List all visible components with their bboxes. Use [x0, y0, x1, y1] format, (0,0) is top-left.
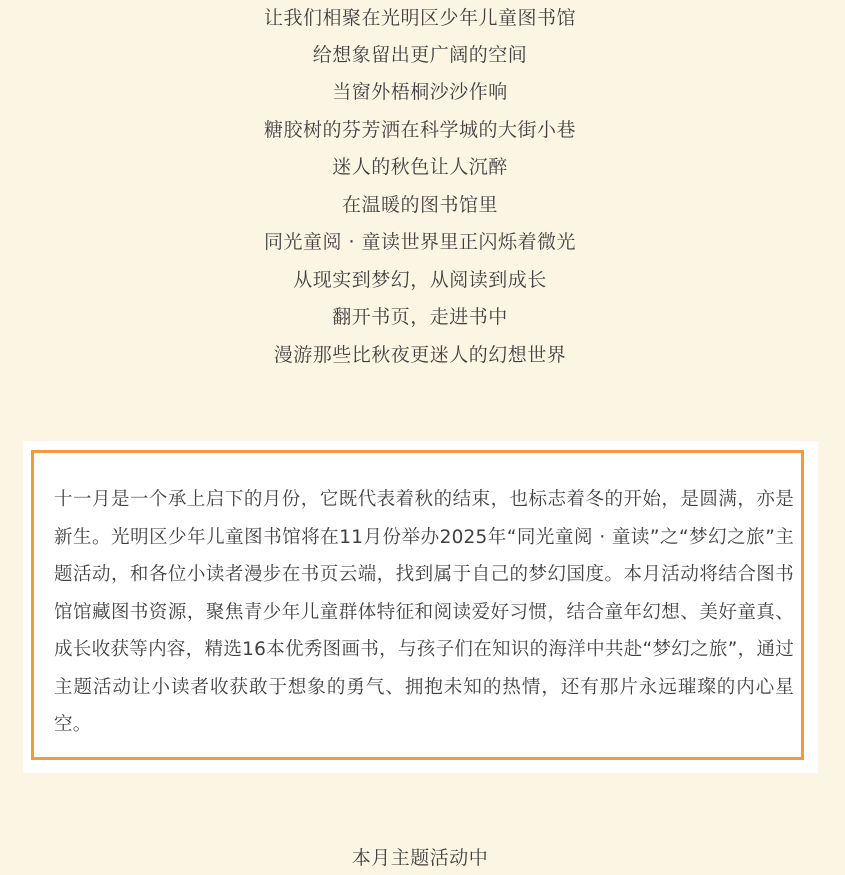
poem-line: 让我们相聚在光明区少年儿童图书馆 — [0, 6, 840, 30]
poem-line: 迷人的秋色让人沉醉 — [0, 155, 840, 179]
poem-line: 从现实到梦幻，从阅读到成长 — [0, 268, 840, 292]
poem-line: 在温暖的图书馆里 — [0, 193, 840, 217]
poem-line: 翻开书页，走进书中 — [0, 305, 840, 329]
poem-line: 糖胶树的芬芳洒在科学城的大街小巷 — [0, 118, 840, 142]
poem-line: 同光童阅 · 童读世界里正闪烁着微光 — [0, 230, 840, 254]
intro-paragraph: 十一月是一个承上启下的月份，它既代表着秋的结束，也标志着冬的开始，是圆满，亦是新… — [54, 481, 794, 744]
poem-line: 漫游那些比秋夜更迷人的幻想世界 — [0, 343, 840, 367]
poem-line: 当窗外梧桐沙沙作响 — [0, 80, 840, 104]
poem-line: 给想象留出更广阔的空间 — [0, 43, 840, 67]
section-heading: 本月主题活动中 — [0, 846, 840, 870]
intro-panel: 十一月是一个承上启下的月份，它既代表着秋的结束，也标志着冬的开始，是圆满，亦是新… — [23, 441, 818, 773]
intro-bordered-box: 十一月是一个承上启下的月份，它既代表着秋的结束，也标志着冬的开始，是圆满，亦是新… — [31, 450, 804, 760]
